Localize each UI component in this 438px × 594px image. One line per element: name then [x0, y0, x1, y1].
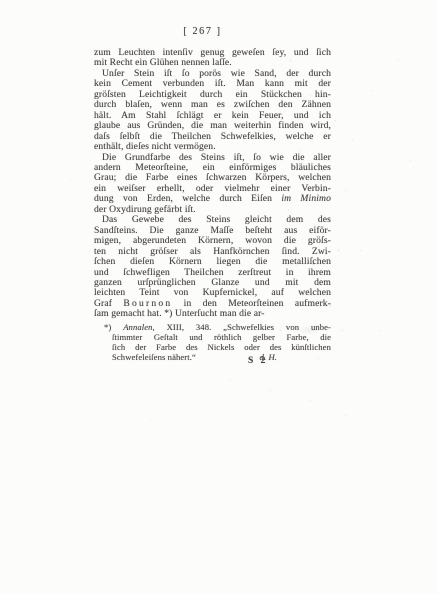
text-segment: daſs ſelbſt die Theilchen Schwefelkies, … [94, 131, 331, 142]
text-segment: XIII, 348. „Schwefelkies von unbe- [155, 322, 331, 332]
text-segment: mit Recht ein Glühen nennen laſſe. [94, 57, 232, 68]
footnote-line: ſich der Farbe des Nickels oder des künſ… [104, 342, 331, 352]
text-segment: Annalen, [123, 322, 155, 332]
text-segment: *) [104, 322, 123, 332]
body-text: zum Leuchten intenſiv genug geweſen ſey,… [94, 48, 331, 320]
text-segment: enthält, dieſes nicht vermögen. [94, 141, 216, 152]
text-segment: Grau; die Farbe eines ſchwarzen Körpers,… [94, 172, 331, 183]
scanned-book-page: [ 267 ] zum Leuchten intenſiv genug gewe… [0, 0, 438, 594]
text-segment: im Minimo [281, 193, 331, 204]
text-segment: ten nicht gröſser als Hanfkörnchen ſind.… [94, 246, 331, 257]
text-segment: glaube aus Gründen, die man weiterhin fi… [94, 120, 331, 131]
signature-mark: S 2 [248, 356, 268, 366]
scan-noise [0, 0, 1, 1]
text-segment: kein Cement verbunden iſt. Man kann mit … [94, 78, 331, 89]
footnote-line: Schwefeleiſens nähert.“d. H. [104, 352, 331, 362]
text-segment: Das Gewebe des Steins gleicht dem des [102, 214, 331, 225]
text-segment: ſich der Farbe des Nickels oder des künſ… [112, 342, 331, 352]
text-segment: ſchen dieſen Körnern liegen die metalliſ… [94, 256, 331, 267]
text-segment: ſtimmter Geſtalt und röthlich gelber Far… [112, 332, 331, 342]
text-segment: der Oxydirung gefärbt iſt. [94, 204, 196, 215]
text-segment: leichten Teint von Kupfernickel, auf wel… [94, 287, 331, 298]
text-segment: Schwefeleiſens nähert.“ [112, 352, 196, 362]
text-segment: Die Grundfarbe des Steins iſt, ſo wie di… [102, 152, 331, 163]
text-segment: durch blaſen, wenn man es zwiſchen den Z… [94, 99, 331, 110]
page-number: [ 267 ] [84, 26, 321, 37]
text-segment: ſam gemacht hat. *) Unterſucht man die a… [94, 308, 265, 319]
text-segment: migen, abgerundeten Körnern, wovon die g… [94, 235, 331, 246]
footnote: *) Annalen, XIII, 348. „Schwefelkies von… [104, 322, 331, 362]
footnote-line: *) Annalen, XIII, 348. „Schwefelkies von… [104, 322, 331, 332]
body-line: ſam gemacht hat. *) Unterſucht man die a… [94, 309, 331, 319]
text-segment: dung von Erden, welche durch Eiſen [94, 193, 281, 204]
text-segment: und ſchwefligen Theilchen zerſtreut in i… [94, 267, 331, 278]
footnote-line: ſtimmter Geſtalt und röthlich gelber Far… [104, 332, 331, 342]
